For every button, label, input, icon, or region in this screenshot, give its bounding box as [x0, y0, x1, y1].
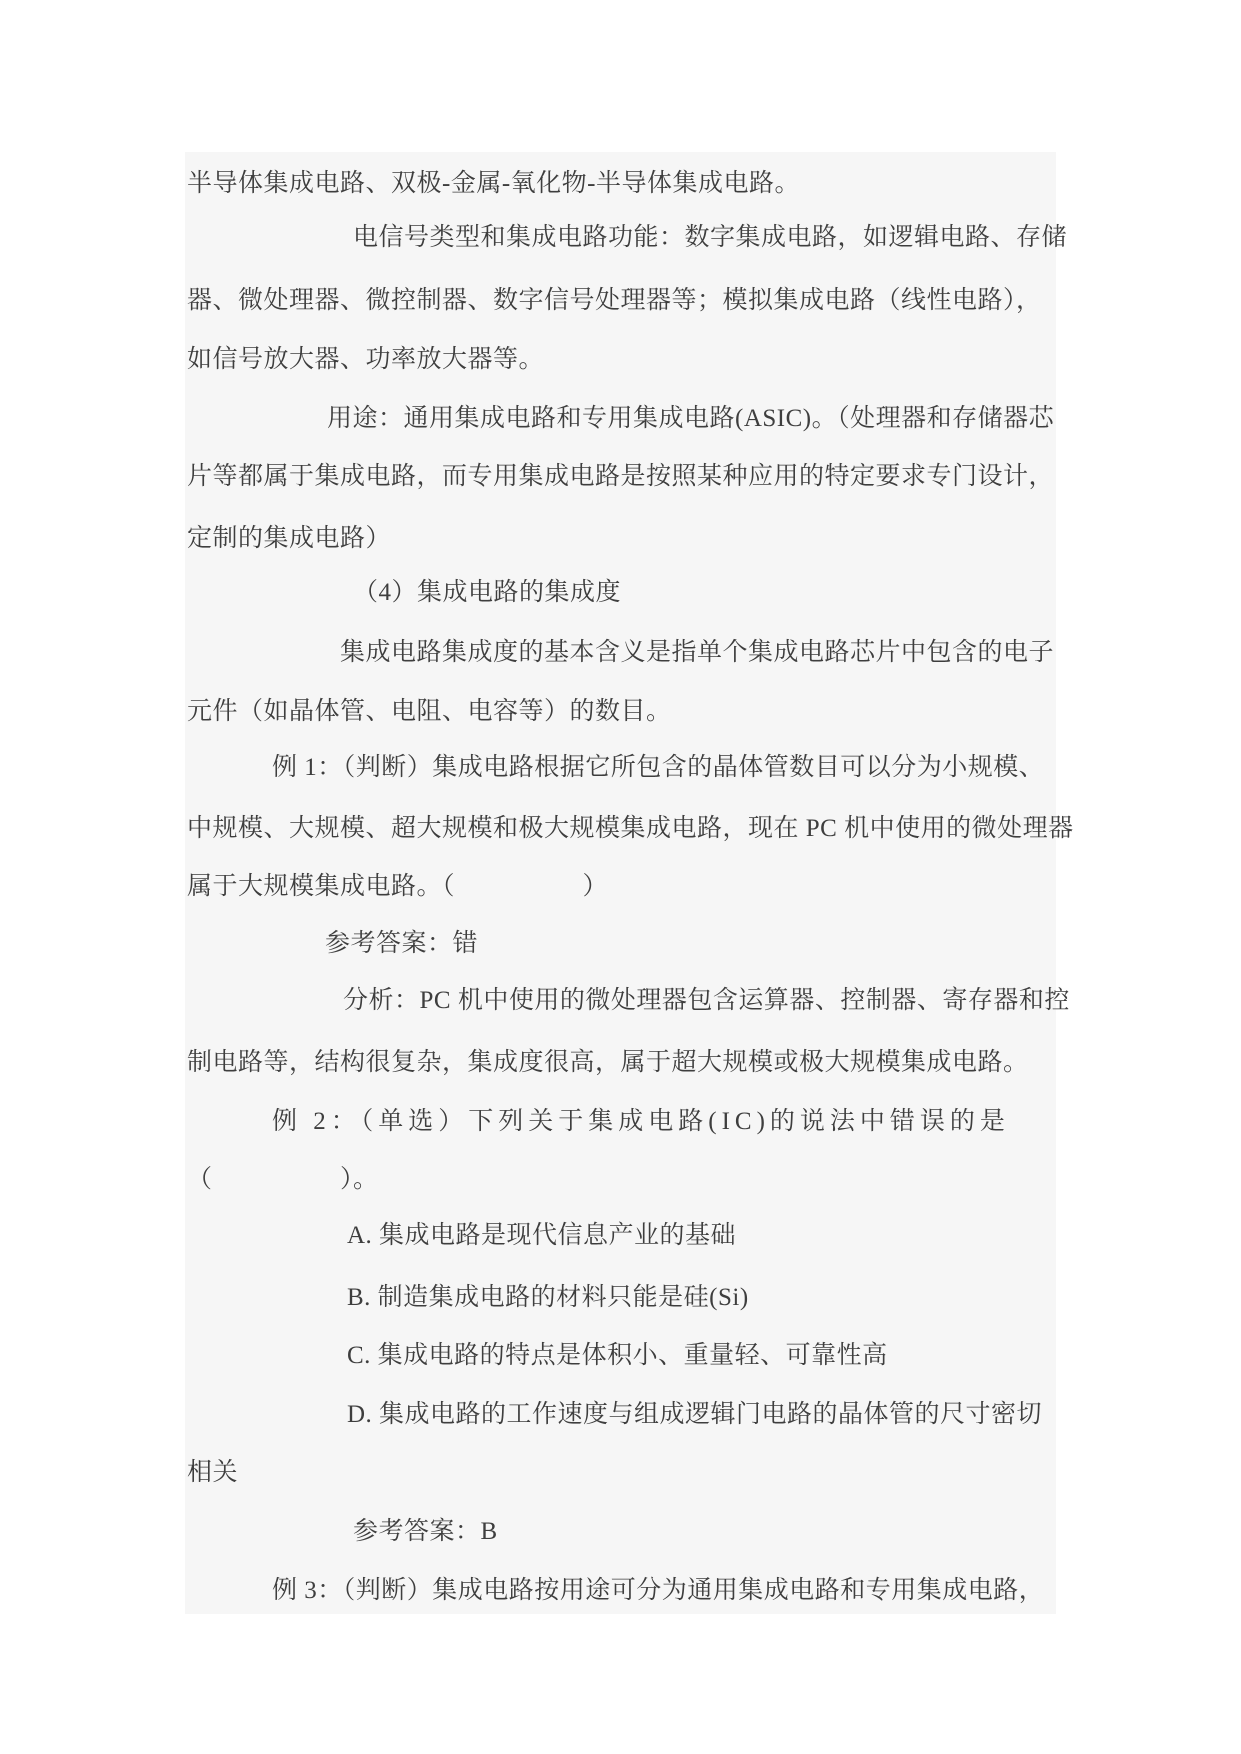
- text-line: C. 集成电路的特点是体积小、重量轻、可靠性高: [347, 1340, 888, 1372]
- text-line: 分析：PC 机中使用的微处理器包含运算器、控制器、寄存器和控: [343, 985, 1070, 1017]
- text-line: D. 集成电路的工作速度与组成逻辑门电路的晶体管的尺寸密切: [347, 1399, 1042, 1431]
- text-line: B. 制造集成电路的材料只能是硅(Si): [347, 1282, 749, 1314]
- text-line: 参考答案：B: [353, 1516, 498, 1548]
- text-line: （ ）。: [187, 1164, 379, 1196]
- text-line: 用途：通用集成电路和专用集成电路(ASIC)。（处理器和存储器芯: [327, 403, 1054, 435]
- text-line: 如信号放大器、功率放大器等。: [187, 344, 544, 376]
- text-line: 制电路等，结构很复杂，集成度很高，属于超大规模或极大规模集成电路。: [187, 1047, 1029, 1079]
- text-line: 半导体集成电路、双极-金属-氧化物-半导体集成电路。: [187, 168, 800, 200]
- text-line: 器、微处理器、微控制器、数字信号处理器等；模拟集成电路（线性电路），: [187, 285, 1042, 317]
- text-line: 集成电路集成度的基本含义是指单个集成电路芯片中包含的电子: [340, 637, 1054, 669]
- text-line: 定制的集成电路）: [187, 523, 391, 555]
- text-line: 例 1：（判断）集成电路根据它所包含的晶体管数目可以分为小规模、: [272, 752, 1044, 784]
- text-line: 电信号类型和集成电路功能：数字集成电路，如逻辑电路、存储: [353, 222, 1067, 254]
- document-page: 半导体集成电路、双极-金属-氧化物-半导体集成电路。 电信号类型和集成电路功能：…: [0, 0, 1241, 1754]
- text-line: A. 集成电路是现代信息产业的基础: [347, 1220, 736, 1252]
- text-block: 半导体集成电路、双极-金属-氧化物-半导体集成电路。 电信号类型和集成电路功能：…: [185, 152, 1056, 1614]
- text-line: 片等都属于集成电路，而专用集成电路是按照某种应用的特定要求专门设计，: [187, 461, 1054, 493]
- text-line: 属于大规模集成电路。（ ）: [187, 871, 608, 903]
- text-line: 参考答案：错: [325, 928, 478, 960]
- text-line: 中规模、大规模、超大规模和极大规模集成电路，现在 PC 机中使用的微处理器: [187, 813, 1074, 845]
- text-line: 元件（如晶体管、电阻、电容等）的数目。: [187, 696, 672, 728]
- text-line: 相关: [187, 1457, 238, 1489]
- text-line: （4）集成电路的集成度: [353, 577, 621, 609]
- text-line: 例 3：（判断）集成电路按用途可分为通用集成电路和专用集成电路，: [272, 1575, 1044, 1607]
- text-line: 例 2：（单选）下列关于集成电路(IC)的说法中错误的是: [272, 1106, 1010, 1138]
